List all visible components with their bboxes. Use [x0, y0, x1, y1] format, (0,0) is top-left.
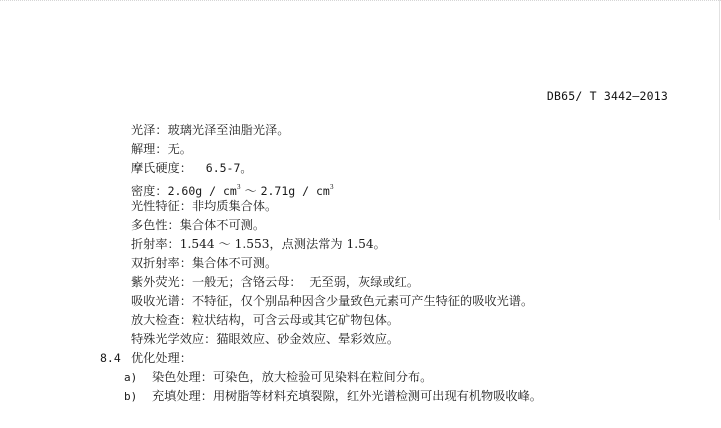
range-separator: ～ [241, 184, 261, 198]
property-label: 双折射率： [131, 256, 192, 270]
property-label: 密度： [131, 184, 168, 198]
standard-code-header: DB65/ T 3442—2013 [547, 89, 668, 103]
section-title: 优化处理： [131, 351, 192, 365]
page-top-border [0, 0, 721, 5]
density-min: 2.60g / cm [168, 184, 237, 198]
item-label: 充填处理： [152, 389, 213, 403]
page-right-edge [719, 0, 720, 220]
property-label: 摩氏硬度： [131, 161, 192, 175]
property-value: 集合体不可测。 [192, 256, 277, 270]
property-pleochroism: 多色性：集合体不可测。 [131, 216, 533, 235]
property-value: 集合体不可测。 [180, 218, 265, 232]
property-birefringence: 双折射率：集合体不可测。 [131, 254, 533, 273]
property-label: 解理： [131, 142, 168, 156]
superscript: 3 [330, 184, 334, 191]
property-value: 一般无；含铬云母： 无至弱，灰绿或红。 [192, 275, 419, 289]
property-value: 6.5-7。 [192, 161, 252, 175]
property-luster: 光泽：玻璃光泽至油脂光泽。 [131, 121, 533, 140]
property-absorption-spectrum: 吸收光谱：不特征，仅个别品种因含少量致色元素可产生特征的吸收光谱。 [131, 292, 533, 311]
property-value: 无。 [168, 142, 192, 156]
property-label: 紫外荧光： [131, 275, 192, 289]
property-label: 折射率： [131, 237, 180, 251]
property-cleavage: 解理：无。 [131, 140, 533, 159]
property-hardness: 摩氏硬度： 6.5-7。 [131, 159, 533, 178]
treatment-list: a)染色处理：可染色，放大检验可见染料在粒间分布。 b)充填处理：用树脂等材料充… [124, 368, 542, 406]
property-density: 密度：2.60g / cm3 ～ 2.71g / cm3 [131, 178, 533, 197]
list-marker: a) [124, 368, 152, 387]
treatment-item-dyeing: a)染色处理：可染色，放大检验可见染料在粒间分布。 [124, 368, 542, 387]
property-value: 玻璃光泽至油脂光泽。 [168, 123, 290, 137]
list-marker: b) [124, 387, 152, 406]
property-value: 猫眼效应、砂金效应、晕彩效应。 [216, 332, 399, 346]
property-list: 光泽：玻璃光泽至油脂光泽。 解理：无。 摩氏硬度： 6.5-7。 密度：2.60… [131, 121, 533, 349]
treatment-item-filling: b)充填处理：用树脂等材料充填裂隙，红外光谱检测可出现有机物吸收峰。 [124, 387, 542, 406]
item-label: 染色处理： [152, 370, 213, 384]
property-label: 放大检查： [131, 313, 192, 327]
property-label: 特殊光学效应： [131, 332, 216, 346]
property-value: 粒状结构，可含云母或其它矿物包体。 [192, 313, 399, 327]
property-uv-fluorescence: 紫外荧光：一般无；含铬云母： 无至弱，灰绿或红。 [131, 273, 533, 292]
property-magnification: 放大检查：粒状结构，可含云母或其它矿物包体。 [131, 311, 533, 330]
section-number: 8.4 [100, 349, 131, 368]
property-label: 光性特征： [131, 199, 192, 213]
property-label: 吸收光谱： [131, 294, 192, 308]
property-special-optical-effects: 特殊光学效应：猫眼效应、砂金效应、晕彩效应。 [131, 330, 533, 349]
property-refractive-index: 折射率：1.544 ～ 1.553，点测法常为 1.54。 [131, 235, 533, 254]
property-value: 非均质集合体。 [192, 199, 277, 213]
property-value: 1.544 ～ 1.553，点测法常为 1.54。 [180, 237, 386, 251]
section-heading: 8.4优化处理： [100, 349, 192, 368]
property-value: 不特征，仅个别品种因含少量致色元素可产生特征的吸收光谱。 [192, 294, 533, 308]
density-max: 2.71g / cm [261, 184, 330, 198]
item-value: 可染色，放大检验可见染料在粒间分布。 [213, 370, 432, 384]
property-label: 多色性： [131, 218, 180, 232]
item-value: 用树脂等材料充填裂隙，红外光谱检测可出现有机物吸收峰。 [213, 389, 542, 403]
property-label: 光泽： [131, 123, 168, 137]
property-optical-character: 光性特征：非均质集合体。 [131, 197, 533, 216]
